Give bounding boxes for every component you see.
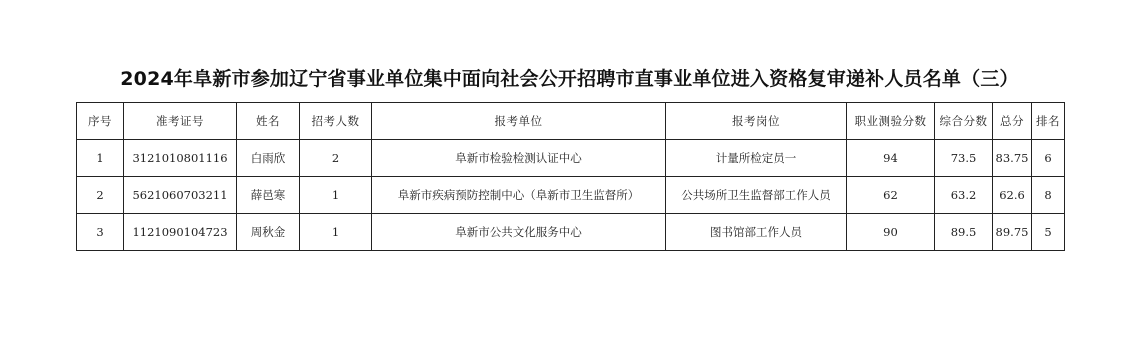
header-total-score: 总分 [993, 103, 1032, 140]
candidate-table: 序号 准考证号 姓名 招考人数 报考单位 报考岗位 职业测验分数 综合分数 总分… [76, 102, 1065, 251]
header-index: 序号 [77, 103, 124, 140]
cell-name: 白雨欣 [237, 140, 300, 177]
header-aptitude-score: 职业测验分数 [847, 103, 935, 140]
cell-unit: 阜新市公共文化服务中心 [372, 214, 666, 251]
cell-comprehensive-score: 73.5 [935, 140, 993, 177]
table-row: 2 5621060703211 薛邑寒 1 阜新市疾病预防控制中心（阜新市卫生监… [77, 177, 1065, 214]
cell-aptitude-score: 62 [847, 177, 935, 214]
cell-position: 图书馆部工作人员 [666, 214, 847, 251]
cell-total-score: 83.75 [993, 140, 1032, 177]
cell-quota: 2 [300, 140, 372, 177]
table-row: 1 3121010801116 白雨欣 2 阜新市检验检测认证中心 计量所检定员… [77, 140, 1065, 177]
cell-unit: 阜新市疾病预防控制中心（阜新市卫生监督所） [372, 177, 666, 214]
cell-name: 周秋金 [237, 214, 300, 251]
header-rank: 排名 [1032, 103, 1065, 140]
cell-quota: 1 [300, 214, 372, 251]
cell-index: 1 [77, 140, 124, 177]
cell-comprehensive-score: 89.5 [935, 214, 993, 251]
cell-unit: 阜新市检验检测认证中心 [372, 140, 666, 177]
header-exam-number: 准考证号 [124, 103, 237, 140]
table-row: 3 1121090104723 周秋金 1 阜新市公共文化服务中心 图书馆部工作… [77, 214, 1065, 251]
cell-exam-number: 1121090104723 [124, 214, 237, 251]
cell-position: 计量所检定员一 [666, 140, 847, 177]
header-quota: 招考人数 [300, 103, 372, 140]
document-title: 2024年阜新市参加辽宁省事业单位集中面向社会公开招聘市直事业单位进入资格复审递… [0, 64, 1139, 91]
table-header-row: 序号 准考证号 姓名 招考人数 报考单位 报考岗位 职业测验分数 综合分数 总分… [77, 103, 1065, 140]
cell-quota: 1 [300, 177, 372, 214]
cell-index: 2 [77, 177, 124, 214]
cell-exam-number: 5621060703211 [124, 177, 237, 214]
header-comprehensive-score: 综合分数 [935, 103, 993, 140]
cell-index: 3 [77, 214, 124, 251]
cell-exam-number: 3121010801116 [124, 140, 237, 177]
header-position: 报考岗位 [666, 103, 847, 140]
cell-rank: 5 [1032, 214, 1065, 251]
cell-aptitude-score: 94 [847, 140, 935, 177]
cell-position: 公共场所卫生监督部工作人员 [666, 177, 847, 214]
cell-name: 薛邑寒 [237, 177, 300, 214]
cell-rank: 6 [1032, 140, 1065, 177]
cell-rank: 8 [1032, 177, 1065, 214]
cell-comprehensive-score: 63.2 [935, 177, 993, 214]
header-unit: 报考单位 [372, 103, 666, 140]
cell-aptitude-score: 90 [847, 214, 935, 251]
header-name: 姓名 [237, 103, 300, 140]
cell-total-score: 89.75 [993, 214, 1032, 251]
cell-total-score: 62.6 [993, 177, 1032, 214]
